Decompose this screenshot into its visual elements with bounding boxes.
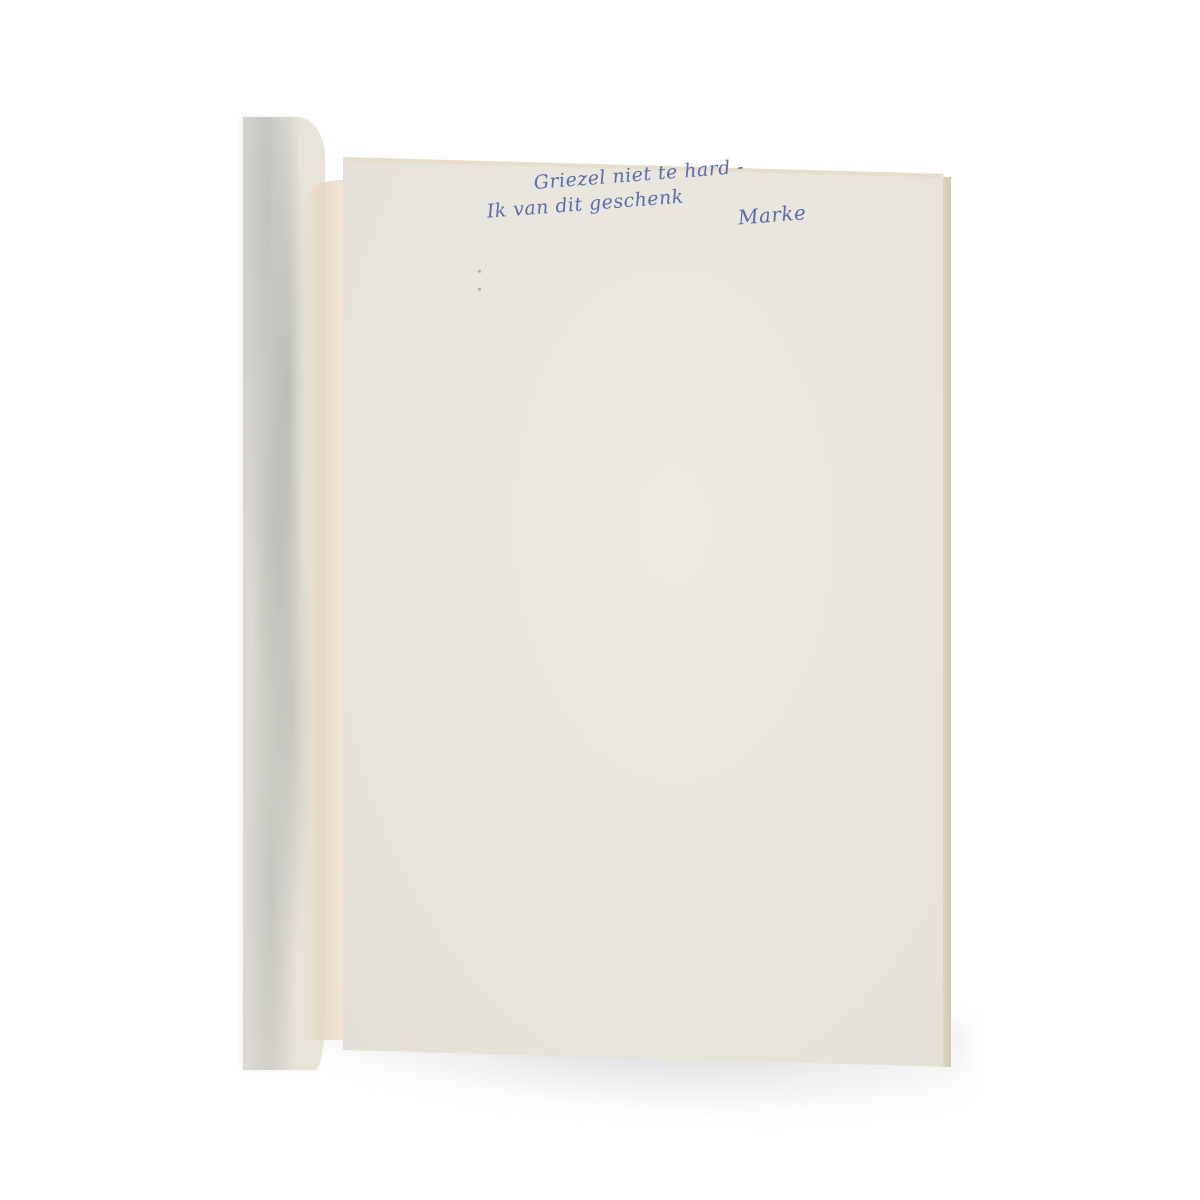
page-fore-edge bbox=[943, 177, 951, 1067]
foxing-specks bbox=[478, 260, 488, 264]
handwritten-inscription: Griezel niet te hard - Ik van dit gesche… bbox=[473, 142, 918, 251]
flyleaf-page: Griezel niet te hard - Ik van dit gesche… bbox=[343, 160, 943, 1067]
photo-scene: Griezel niet te hard - Ik van dit gesche… bbox=[0, 0, 1200, 1200]
